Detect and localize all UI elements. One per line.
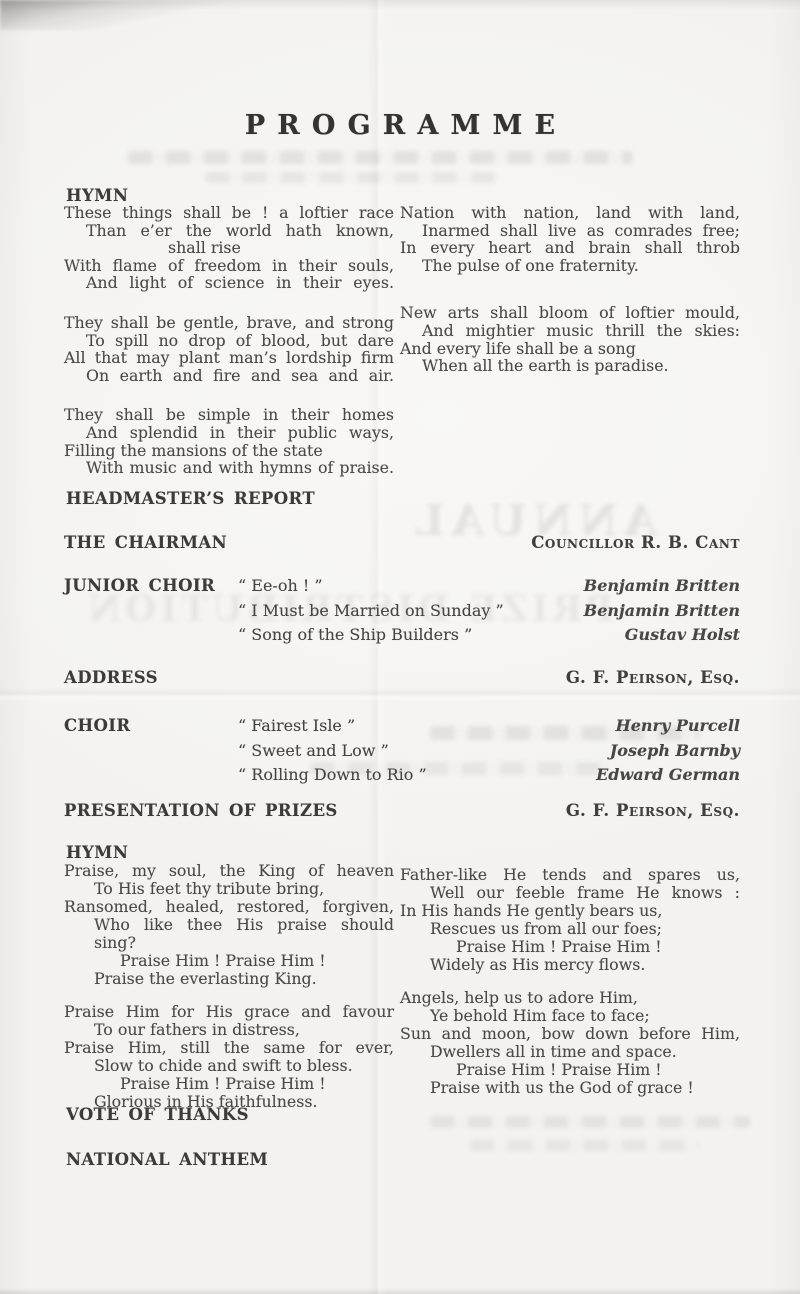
programme-item-row: JUNIOR CHOIR “ Ee-oh ! ” Benjamin Britte… (64, 576, 740, 601)
composer-name: Joseph Barnby (610, 741, 740, 760)
song-title: “ Ee-oh ! ” (238, 576, 584, 595)
section-heading-junior-choir: JUNIOR CHOIR (64, 576, 238, 595)
presenter-name: Councillor R. B. Cant (531, 533, 740, 552)
hymn-verse: Angels, help us to adore Him, Ye behold … (400, 989, 740, 1097)
hymn-verse: They shall be gentle, brave, and strong … (64, 314, 394, 384)
song-title: “ Rolling Down to Rio ” (238, 765, 596, 784)
hymn-line: New arts shall bloom of loftier mould, (400, 304, 740, 322)
composer-name: Benjamin Britten (584, 601, 740, 620)
hymn-line: With flame of freedom in their souls, (64, 257, 394, 275)
hymn-line: Widely as His mercy flows. (400, 956, 740, 974)
composer-name: Henry Purcell (616, 716, 740, 735)
hymn2-right-column: Father-like He tends and spares us, Well… (400, 862, 740, 1111)
programme-item-row: “ Rolling Down to Rio ” Edward German (64, 765, 740, 790)
presenter-name: G. F. Peirson, Esq. (566, 668, 740, 687)
bleedthrough-line (470, 1140, 700, 1151)
hymn-line: Inarmed shall live as comrades free; (400, 222, 740, 240)
scan-corner-smudge (0, 0, 260, 30)
hymn-line: The pulse of one fraternity. (400, 257, 740, 275)
hymn-line: Rescues us from all our foes; (400, 920, 740, 938)
programme-item-row: “ I Must be Married on Sunday ” Benjamin… (64, 601, 740, 626)
hymn-verse: Father-like He tends and spares us, Well… (400, 866, 740, 974)
hymn-verse: Praise Him for His grace and favour To o… (64, 1003, 394, 1111)
hymn-line: On earth and fire and sea and air. (64, 367, 394, 385)
composer-name: Edward German (596, 765, 740, 784)
section-heading-choir: CHOIR (64, 716, 238, 735)
hymn-line: In every heart and brain shall throb (400, 239, 740, 257)
composer-name: Gustav Holst (625, 625, 740, 644)
hymn1-columns: These things shall be ! a loftier race T… (64, 204, 740, 477)
hymn1-right-column: Nation with nation, land with land, Inar… (400, 204, 740, 477)
hymn-line: Praise Him, still the same for ever, (64, 1039, 394, 1057)
hymn-line: Slow to chide and swift to bless. (64, 1057, 394, 1075)
hymn-line: And mightier music thrill the skies: (400, 322, 740, 340)
hymn-line: And splendid in their public ways, (64, 424, 394, 442)
hymn-verse: Nation with nation, land with land, Inar… (400, 204, 740, 274)
hymn-verse: These things shall be ! a loftier race T… (64, 204, 394, 292)
hymn-line: These things shall be ! a loftier race (64, 204, 394, 222)
hymn-line: They shall be simple in their homes (64, 406, 394, 424)
bleedthrough-line (128, 151, 633, 164)
hymn2-columns: Praise, my soul, the King of heaven To H… (64, 862, 740, 1111)
hymn-line: Than e’er the world hath known, (64, 222, 394, 240)
hymn-line: Praise with us the God of grace ! (400, 1079, 740, 1097)
section-heading-vote: VOTE OF THANKS (66, 1105, 249, 1124)
hymn-verse: They shall be simple in their homes And … (64, 406, 394, 476)
hymn-line: And light of science in their eyes. (64, 274, 394, 292)
hymn-line: Well our feeble frame He knows : (400, 884, 740, 902)
hymn-line: Filling the mansions of the state (64, 442, 394, 460)
hymn-line: Praise Him ! Praise Him ! (64, 952, 394, 970)
hymn-line: And every life shall be a song (400, 340, 740, 358)
section-heading-prizes: PRESENTATION OF PRIZES (64, 801, 338, 820)
hymn-verse: Praise, my soul, the King of heaven To H… (64, 862, 394, 988)
hymn-line: Praise the everlasting King. (64, 970, 394, 988)
section-heading-hymn2: HYMN (66, 843, 128, 862)
scan-edge-bottom (0, 1288, 800, 1294)
programme-page: ANNUAL PRIZE DISTRIBUTION PROGRAMME HYMN… (0, 0, 800, 1294)
chairman-row: THE CHAIRMAN Councillor R. B. Cant (64, 533, 740, 552)
hymn-line: shall rise (64, 239, 394, 257)
programme-item-row: CHOIR “ Fairest Isle ” Henry Purcell (64, 716, 740, 741)
composer-name: Benjamin Britten (584, 576, 740, 595)
hymn-line: Praise, my soul, the King of heaven (64, 862, 394, 880)
page-title: PROGRAMME (0, 110, 800, 141)
hymn-line: With music and with hymns of praise. (64, 459, 394, 477)
section-heading-anthem: NATIONAL ANTHEM (66, 1150, 268, 1169)
hymn-line: In His hands He gently bears us, (400, 902, 740, 920)
hymn-line: They shall be gentle, brave, and strong (64, 314, 394, 332)
hymn-line: Ransomed, healed, restored, forgiven, (64, 898, 394, 916)
hymn-line: All that may plant man’s lordship firm (64, 349, 394, 367)
choir-block: CHOIR “ Fairest Isle ” Henry Purcell “ S… (64, 716, 740, 790)
section-heading-report: HEADMASTER’S REPORT (66, 489, 315, 508)
hymn1-left-column: These things shall be ! a loftier race T… (64, 204, 394, 477)
hymn-line: Praise Him ! Praise Him ! (64, 1075, 394, 1093)
junior-choir-block: JUNIOR CHOIR “ Ee-oh ! ” Benjamin Britte… (64, 576, 740, 650)
hymn-line: Who like thee His praise should sing? (64, 916, 394, 952)
hymn-line: Praise Him for His grace and favour (64, 1003, 394, 1021)
hymn-line: To our fathers in distress, (64, 1021, 394, 1039)
bleedthrough-line (205, 172, 495, 183)
hymn2-left-column: Praise, my soul, the King of heaven To H… (64, 862, 394, 1111)
section-heading-chairman: THE CHAIRMAN (64, 533, 227, 552)
programme-item-row: “ Song of the Ship Builders ” Gustav Hol… (64, 625, 740, 650)
song-title: “ I Must be Married on Sunday ” (238, 601, 584, 620)
song-title: “ Fairest Isle ” (238, 716, 616, 735)
hymn-line: Praise Him ! Praise Him ! (400, 1061, 740, 1079)
prizes-row: PRESENTATION OF PRIZES G. F. Peirson, Es… (64, 801, 740, 820)
address-row: ADDRESS G. F. Peirson, Esq. (64, 668, 740, 687)
hymn-line: Praise Him ! Praise Him ! (400, 938, 740, 956)
hymn-line: To His feet thy tribute bring, (64, 880, 394, 898)
hymn-line: Dwellers all in time and space. (400, 1043, 740, 1061)
section-heading-address: ADDRESS (64, 668, 158, 687)
paper-crease-horizontal (0, 688, 800, 702)
hymn-line: Father-like He tends and spares us, (400, 866, 740, 884)
hymn-line: Angels, help us to adore Him, (400, 989, 740, 1007)
hymn-line: Ye behold Him face to face; (400, 1007, 740, 1025)
hymn-line: Sun and moon, bow down before Him, (400, 1025, 740, 1043)
hymn-line: To spill no drop of blood, but dare (64, 332, 394, 350)
hymn-line: When all the earth is paradise. (400, 357, 740, 375)
song-title: “ Song of the Ship Builders ” (238, 625, 625, 644)
song-title: “ Sweet and Low ” (238, 741, 610, 760)
presenter-name: G. F. Peirson, Esq. (566, 801, 740, 820)
hymn-verse: New arts shall bloom of loftier mould, A… (400, 304, 740, 374)
programme-item-row: “ Sweet and Low ” Joseph Barnby (64, 741, 740, 766)
hymn-line: Nation with nation, land with land, (400, 204, 740, 222)
bleedthrough-line (430, 1116, 750, 1128)
